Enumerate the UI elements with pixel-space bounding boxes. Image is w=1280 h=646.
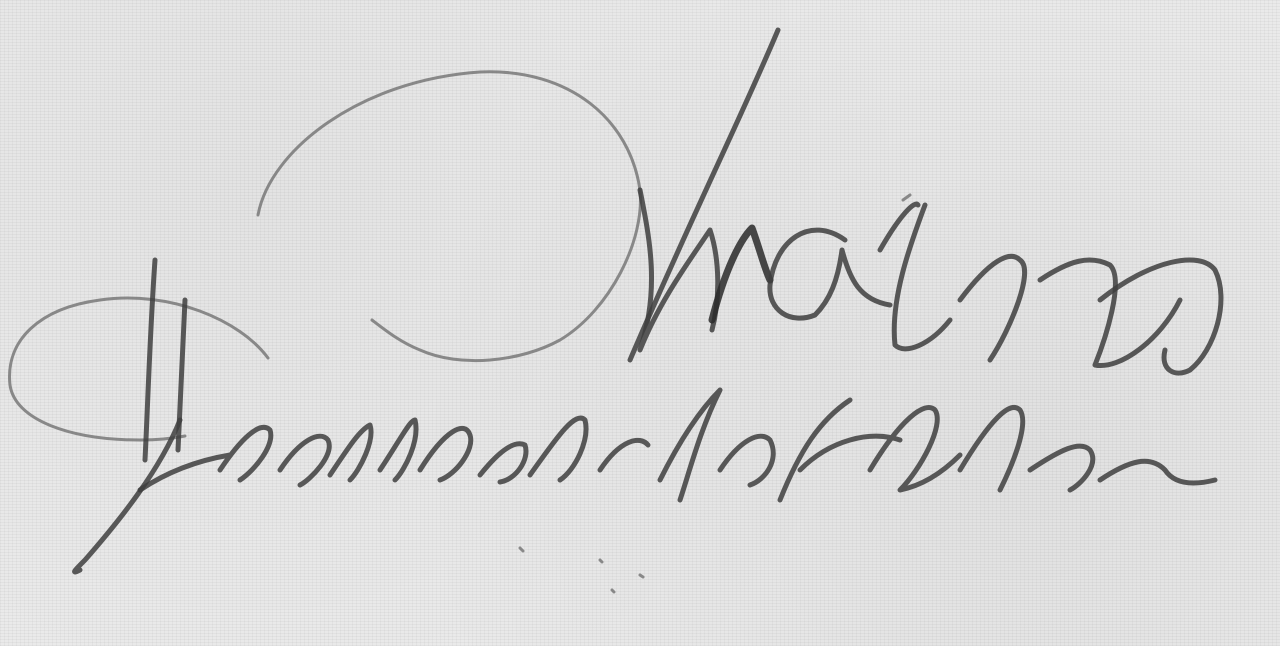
letter-r [712,228,770,320]
ink-speckle [520,548,643,592]
oval-flourish [258,72,640,361]
letter-i [880,204,950,349]
word-2-part-3 [600,390,773,500]
i-dot [903,195,910,200]
word-2-part-2 [420,418,586,482]
word-2-part-5 [960,408,1215,491]
vertical-stroke-left [145,260,155,460]
letter-j-descender [75,420,180,572]
handwriting-strokes [0,0,1280,646]
letter-w-stroke-1 [630,30,778,360]
letter-w-stroke-2 [640,190,718,350]
letter-n-3 [1100,260,1221,373]
letter-n-1 [960,256,1025,360]
left-loop-flourish [10,298,268,440]
scanned-page: Wrain Jarellschafterhan [0,0,1280,646]
word-2-part-4 [780,400,960,500]
letter-a [770,230,890,318]
letter-n-2 [1040,260,1180,366]
